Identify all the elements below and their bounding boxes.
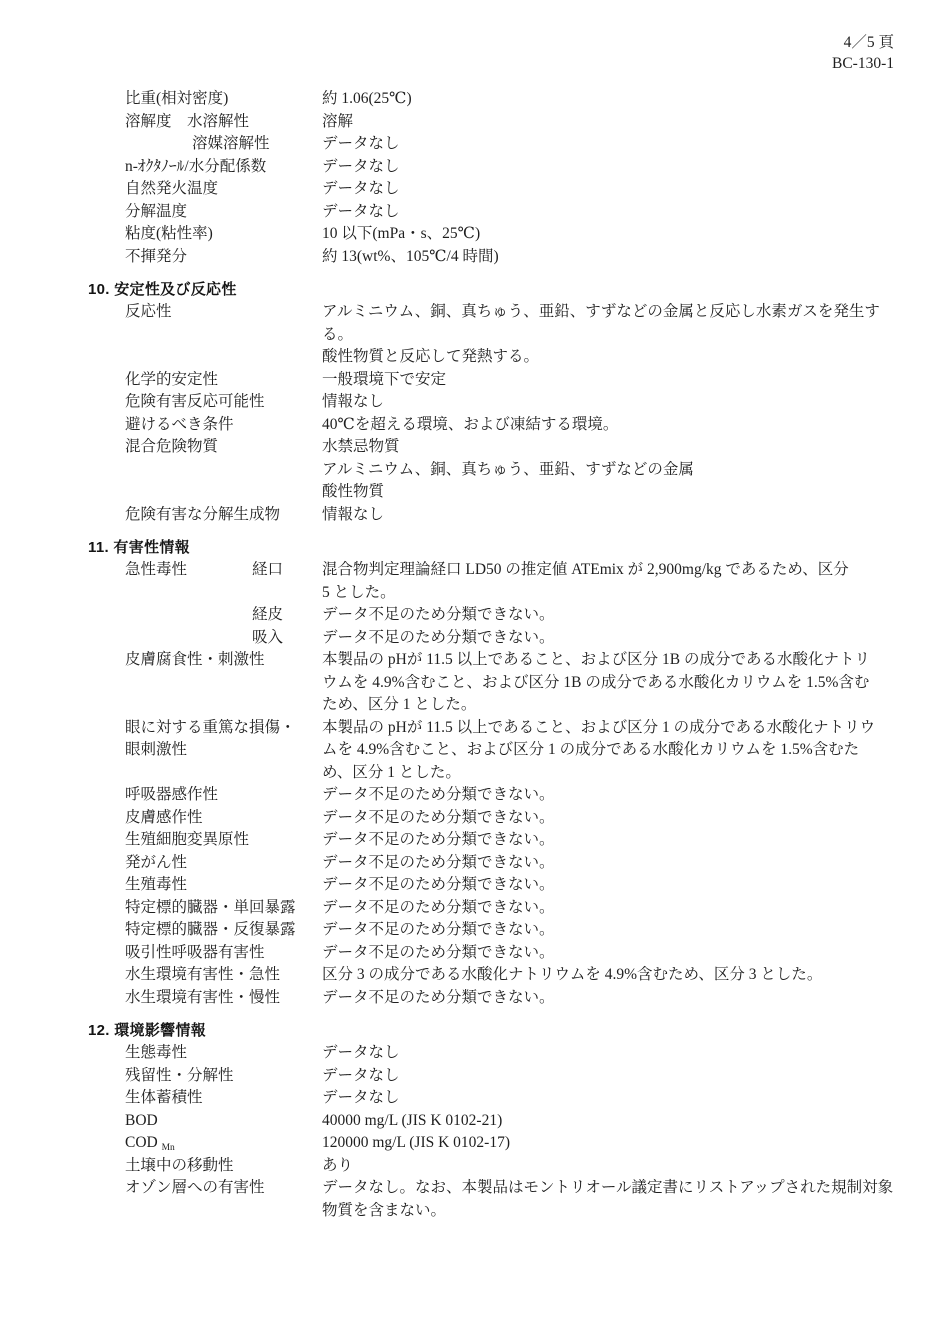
property-label: 水生環境有害性・急性: [125, 964, 322, 987]
page-header: 4／5 頁 BC-130-1: [0, 0, 938, 74]
property-value: 溶解: [322, 111, 912, 134]
property-value: データ不足のため分類できない。: [322, 604, 912, 627]
property-row: 皮膚感作性データ不足のため分類できない。: [125, 807, 912, 830]
property-label: 不揮発分: [125, 246, 322, 269]
property-label: 特定標的臓器・単回暴露: [125, 897, 322, 920]
property-label: 反応性: [125, 301, 322, 324]
property-label: 急性毒性: [125, 559, 252, 582]
property-label: 生殖細胞変異原性: [125, 829, 322, 852]
property-row: 溶媒溶解性データなし: [125, 133, 912, 156]
property-label: 残留性・分解性: [125, 1065, 322, 1088]
property-row: 水生環境有害性・急性区分 3 の成分である水酸化ナトリウムを 4.9%含むため、…: [125, 964, 912, 987]
property-row: 皮膚腐食性・刺激性本製品の pHが 11.5 以上であること、および区分 1B …: [125, 649, 912, 717]
exposure-route-label: 経皮: [252, 604, 322, 627]
property-label: 生態毒性: [125, 1042, 322, 1065]
sds-page: 4／5 頁 BC-130-1 比重(相対密度)約 1.06(25℃)溶解度 水溶…: [0, 0, 938, 1327]
property-label: 発がん性: [125, 852, 322, 875]
property-row: 眼に対する重篤な損傷・ 眼刺激性本製品の pHが 11.5 以上であること、およ…: [125, 717, 912, 785]
property-row: 吸引性呼吸器有害性データ不足のため分類できない。: [125, 942, 912, 965]
section-rows: 比重(相対密度)約 1.06(25℃)溶解度 水溶解性溶解溶媒溶解性データなしn…: [125, 88, 912, 268]
property-value: データなし: [322, 1087, 912, 1110]
property-row: 吸入データ不足のため分類できない。: [125, 627, 912, 650]
property-value: データなし: [322, 1042, 912, 1065]
property-row: オゾン層への有害性データなし。なお、本製品はモントリオール議定書にリストアップさ…: [125, 1177, 912, 1222]
property-label: 危険有害反応可能性: [125, 391, 322, 414]
property-value: 情報なし: [322, 391, 912, 414]
property-label: 皮膚感作性: [125, 807, 322, 830]
section-heading: 12. 環境影響情報: [88, 1019, 938, 1042]
property-value: 区分 3 の成分である水酸化ナトリウムを 4.9%含むため、区分 3 とした。: [322, 964, 912, 987]
property-row: 混合危険物質水禁忌物質 アルミニウム、銅、真ちゅう、亜鉛、すずなどの金属 酸性物…: [125, 436, 912, 504]
page-number: 4／5 頁: [0, 33, 894, 54]
property-label: 化学的安定性: [125, 369, 322, 392]
property-label: 分解温度: [125, 201, 322, 224]
property-label: 眼に対する重篤な損傷・ 眼刺激性: [125, 717, 322, 762]
property-label: 生殖毒性: [125, 874, 322, 897]
property-value: 水禁忌物質 アルミニウム、銅、真ちゅう、亜鉛、すずなどの金属 酸性物質: [322, 436, 912, 504]
property-label: 溶解度 水溶解性: [125, 111, 322, 134]
property-row: 残留性・分解性データなし: [125, 1065, 912, 1088]
property-row: 危険有害反応可能性情報なし: [125, 391, 912, 414]
property-label: 吸引性呼吸器有害性: [125, 942, 322, 965]
property-row: 反応性アルミニウム、銅、真ちゅう、亜鉛、すずなどの金属と反応し水素ガスを発生す …: [125, 301, 912, 369]
section-physical-chemical-properties: 比重(相対密度)約 1.06(25℃)溶解度 水溶解性溶解溶媒溶解性データなしn…: [0, 88, 938, 268]
property-label: COD Mn: [125, 1132, 322, 1155]
property-value: データなし。なお、本製品はモントリオール議定書にリストアップされた規制対象 物質…: [322, 1177, 912, 1222]
property-row: 呼吸器感作性データ不足のため分類できない。: [125, 784, 912, 807]
property-row: 化学的安定性一般環境下で安定: [125, 369, 912, 392]
property-value: データなし: [322, 156, 912, 179]
property-value: 本製品の pHが 11.5 以上であること、および区分 1 の成分である水酸化ナ…: [322, 717, 912, 785]
property-row: 発がん性データ不足のため分類できない。: [125, 852, 912, 875]
document-number: BC-130-1: [0, 54, 894, 75]
property-row: 生態毒性データなし: [125, 1042, 912, 1065]
section-heading: 10. 安定性及び反応性: [88, 278, 938, 301]
section-rows: 生態毒性データなし残留性・分解性データなし生体蓄積性データなしBOD40000 …: [125, 1042, 912, 1222]
property-label: 比重(相対密度): [125, 88, 322, 111]
property-value: 本製品の pHが 11.5 以上であること、および区分 1B の成分である水酸化…: [322, 649, 912, 717]
property-row: 自然発火温度データなし: [125, 178, 912, 201]
document-body: 比重(相対密度)約 1.06(25℃)溶解度 水溶解性溶解溶媒溶解性データなしn…: [0, 88, 938, 1222]
property-value: 40℃を超える環境、および凍結する環境。: [322, 414, 912, 437]
property-value: データなし: [322, 1065, 912, 1088]
property-label: 呼吸器感作性: [125, 784, 322, 807]
property-row: 経皮データ不足のため分類できない。: [125, 604, 912, 627]
exposure-route-label: 吸入: [252, 627, 322, 650]
property-label: 溶媒溶解性: [125, 133, 322, 156]
property-row: BOD40000 mg/L (JIS K 0102-21): [125, 1110, 912, 1133]
property-label: 避けるべき条件: [125, 414, 322, 437]
property-row: 水生環境有害性・慢性データ不足のため分類できない。: [125, 987, 912, 1010]
property-label: 皮膚腐食性・刺激性: [125, 649, 322, 672]
property-value: データ不足のため分類できない。: [322, 987, 912, 1010]
property-value: データ不足のため分類できない。: [322, 942, 912, 965]
property-row: 生殖細胞変異原性データ不足のため分類できない。: [125, 829, 912, 852]
property-value: 情報なし: [322, 504, 912, 527]
property-value: データ不足のため分類できない。: [322, 919, 912, 942]
property-row: 分解温度データなし: [125, 201, 912, 224]
property-row: COD Mn120000 mg/L (JIS K 0102-17): [125, 1132, 912, 1155]
exposure-route-label: 経口: [252, 559, 322, 582]
property-value: データなし: [322, 133, 912, 156]
property-label: 水生環境有害性・慢性: [125, 987, 322, 1010]
property-value: 120000 mg/L (JIS K 0102-17): [322, 1132, 912, 1155]
section-toxicological-information: 11. 有害性情報急性毒性経口混合物判定理論経口 LD50 の推定値 ATEmi…: [0, 536, 938, 1009]
property-row: 不揮発分約 13(wt%、105℃/4 時間): [125, 246, 912, 269]
section-rows: 急性毒性経口混合物判定理論経口 LD50 の推定値 ATEmix が 2,900…: [125, 559, 912, 1009]
property-label: n-ｵｸﾀﾉｰﾙ/水分配係数: [125, 156, 322, 179]
property-value: データ不足のため分類できない。: [322, 852, 912, 875]
property-label: 自然発火温度: [125, 178, 322, 201]
label-subscript: Mn: [162, 1143, 175, 1153]
property-value: データ不足のため分類できない。: [322, 829, 912, 852]
property-label: BOD: [125, 1110, 322, 1133]
property-row: 溶解度 水溶解性溶解: [125, 111, 912, 134]
property-row: 特定標的臓器・単回暴露データ不足のため分類できない。: [125, 897, 912, 920]
section-heading: 11. 有害性情報: [88, 536, 938, 559]
property-value: 約 13(wt%、105℃/4 時間): [322, 246, 912, 269]
property-value: 約 1.06(25℃): [322, 88, 912, 111]
property-value: 混合物判定理論経口 LD50 の推定値 ATEmix が 2,900mg/kg …: [322, 559, 912, 604]
property-row: 危険有害な分解生成物情報なし: [125, 504, 912, 527]
property-row: 土壌中の移動性あり: [125, 1155, 912, 1178]
property-value: データ不足のため分類できない。: [322, 897, 912, 920]
property-value: 一般環境下で安定: [322, 369, 912, 392]
property-value: アルミニウム、銅、真ちゅう、亜鉛、すずなどの金属と反応し水素ガスを発生す る。 …: [322, 301, 912, 369]
section-rows: 反応性アルミニウム、銅、真ちゅう、亜鉛、すずなどの金属と反応し水素ガスを発生す …: [125, 301, 912, 526]
property-row: n-ｵｸﾀﾉｰﾙ/水分配係数データなし: [125, 156, 912, 179]
property-row: 特定標的臓器・反復暴露データ不足のため分類できない。: [125, 919, 912, 942]
property-label: オゾン層への有害性: [125, 1177, 322, 1200]
property-label: 粘度(粘性率): [125, 223, 322, 246]
property-label: 危険有害な分解生成物: [125, 504, 322, 527]
property-row: 避けるべき条件40℃を超える環境、および凍結する環境。: [125, 414, 912, 437]
property-label: 混合危険物質: [125, 436, 322, 459]
section-stability-reactivity: 10. 安定性及び反応性反応性アルミニウム、銅、真ちゅう、亜鉛、すずなどの金属と…: [0, 278, 938, 526]
property-row: 生体蓄積性データなし: [125, 1087, 912, 1110]
section-ecological-information: 12. 環境影響情報生態毒性データなし残留性・分解性データなし生体蓄積性データな…: [0, 1019, 938, 1222]
property-label: 生体蓄積性: [125, 1087, 322, 1110]
property-value: データ不足のため分類できない。: [322, 627, 912, 650]
property-row: 急性毒性経口混合物判定理論経口 LD50 の推定値 ATEmix が 2,900…: [125, 559, 912, 604]
property-label: 土壌中の移動性: [125, 1155, 322, 1178]
property-row: 比重(相対密度)約 1.06(25℃): [125, 88, 912, 111]
property-row: 生殖毒性データ不足のため分類できない。: [125, 874, 912, 897]
property-label: 特定標的臓器・反復暴露: [125, 919, 322, 942]
property-value: データ不足のため分類できない。: [322, 807, 912, 830]
property-value: 40000 mg/L (JIS K 0102-21): [322, 1110, 912, 1133]
property-value: データ不足のため分類できない。: [322, 874, 912, 897]
property-row: 粘度(粘性率)10 以下(mPa・s、25℃): [125, 223, 912, 246]
property-value: あり: [322, 1155, 912, 1178]
property-value: データ不足のため分類できない。: [322, 784, 912, 807]
property-value: データなし: [322, 201, 912, 224]
property-value: 10 以下(mPa・s、25℃): [322, 223, 912, 246]
property-value: データなし: [322, 178, 912, 201]
